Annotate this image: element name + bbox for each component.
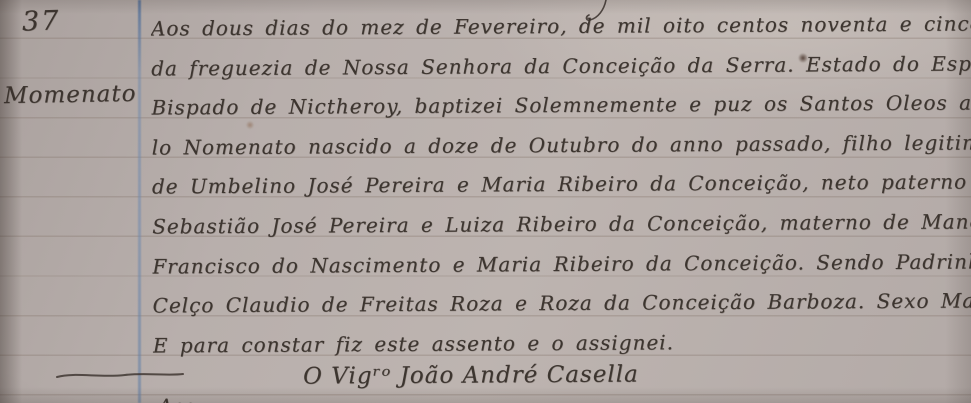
- entry-line: Francisco do Nascimento e Maria Ribeiro …: [152, 249, 971, 278]
- entry-line: de Umbelino José Pereira e Maria Ribeiro…: [152, 169, 971, 198]
- entry-body: Aos dous dias do mez de Fevereiro, de mi…: [151, 0, 971, 403]
- previous-entry-descender: [584, 0, 610, 22]
- entry-line: Aos dous dias do mez de Fevereiro, de mi…: [151, 11, 971, 40]
- ink-blot: [246, 121, 254, 129]
- entry-number: 37: [21, 5, 60, 37]
- entry-line: Sebastião José Pereira e Luiza Ribeiro d…: [152, 209, 971, 238]
- next-entry-partial-line: Aos: [158, 394, 195, 403]
- entry-line: Bispado de Nictheroy, baptizei Solemneme…: [151, 90, 971, 119]
- margin-rule-line: [138, 0, 141, 403]
- entry-line: Celço Claudio de Freitas Roza e Roza da …: [153, 288, 971, 317]
- entry-line: E para constar fiz este assento e o assi…: [153, 328, 971, 357]
- vicar-signature: O Vigʳᵒ João André Casella: [303, 362, 639, 390]
- entry-line: lo Nomenato nascido a doze de Outubro do…: [152, 130, 971, 159]
- entry-separator-stroke: [55, 368, 185, 382]
- baptism-record-scan: 37 Momenato Aos dous dias do mez de Feve…: [0, 0, 971, 403]
- ink-blot: [798, 53, 808, 63]
- entry-line: da freguezia de Nossa Senhora da Conceiç…: [151, 51, 971, 80]
- margin-name: Momenato: [4, 81, 137, 109]
